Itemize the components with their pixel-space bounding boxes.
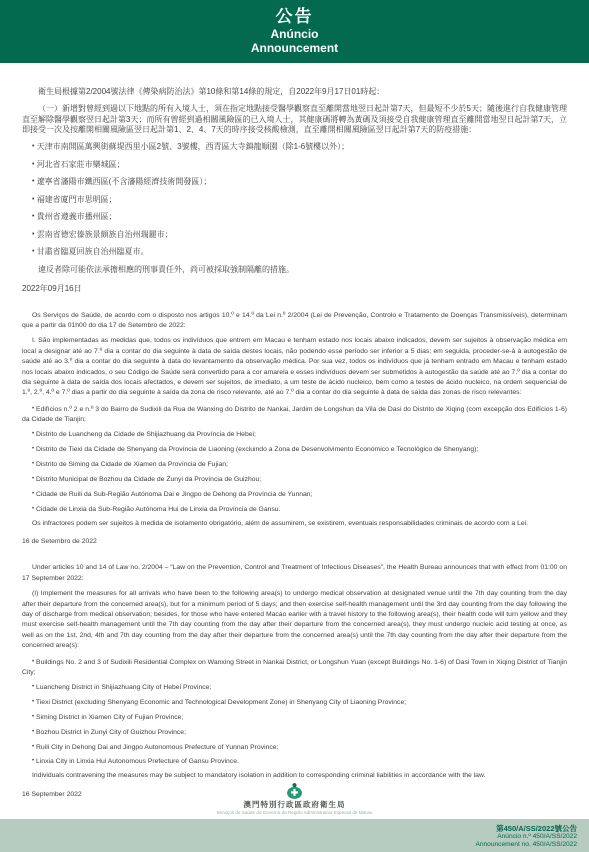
list-item: • Ruili City in Dehong Dai and Jingpo Au… — [22, 742, 567, 753]
zh-risk-area-list: • 天津市南開區萬興街蘇堤西里小區2號、3號樓，西青區大寺鎮龍順園（除1-6號樓… — [22, 142, 567, 258]
footer-reference-bar: 第450/A/SS/2022號公告 Anúncio n.º 450/A/SS/2… — [0, 819, 589, 852]
risk-area-text: 天津市南開區萬興街蘇堤西里小區2號、3號樓，西青區大寺鎮龍順園（除1-6號樓以外… — [37, 142, 349, 151]
list-item: • Luancheng District in Shijiazhuang Cit… — [22, 682, 567, 693]
risk-area-text: Siming District in Xiamen City of Fujian… — [36, 714, 183, 721]
list-item: • Buildings No. 2 and 3 of Sudixili Resi… — [22, 657, 567, 679]
zh-legal-intro: 衛生局根據第2/2004號法律《傳染病防治法》第10條和第14條的規定，自202… — [22, 87, 567, 98]
bullet-icon: • — [32, 506, 34, 512]
list-item: • Distrito de Luancheng da Cidade de Shi… — [22, 429, 567, 440]
pt-date: 16 de Setembro de 2022 — [22, 537, 567, 547]
list-item: • 貴州省遵義市播州區； — [22, 212, 567, 223]
bullet-icon: • — [32, 248, 34, 255]
section-english: Under articles 10 and 14 of Law no. 2/20… — [22, 563, 567, 800]
org-name-pt: Serviços de Saúde do Governo da Região A… — [0, 809, 589, 816]
risk-area-text: 河北省石家莊市欒城區； — [37, 160, 125, 169]
announcement-page: 公告 Anúncio Announcement 衛生局根據第2/2004號法律《… — [0, 0, 589, 852]
bullet-icon: • — [32, 161, 34, 168]
risk-area-text: 遼寧省瀋陽市鐵西區(不含瀋陽經濟技術開發區）； — [37, 177, 212, 186]
bullet-icon: • — [32, 406, 34, 412]
risk-area-text: Edifícios n.º 2 e n.º 3 do Bairro de Sud… — [22, 406, 567, 423]
risk-area-text: 雲南省德宏傣族景頗族自治州瑞麗市； — [37, 230, 173, 239]
bullet-icon: • — [32, 461, 34, 467]
bullet-icon: • — [32, 659, 34, 665]
risk-area-text: Tiexi District (excluding Shenyang Econo… — [36, 699, 406, 706]
page-title-pt: Anúncio — [0, 27, 589, 41]
bullet-icon: • — [32, 446, 34, 452]
pt-risk-area-list: • Edifícios n.º 2 e n.º 3 do Bairro de S… — [22, 404, 567, 515]
risk-area-text: Ruili City in Dehong Dai and Jingpo Auto… — [36, 744, 278, 751]
announcement-number-pt: Anúncio n.º 450/A/SS/2022 — [0, 833, 577, 841]
risk-area-text: Buildings No. 2 and 3 of Sudixili Reside… — [22, 659, 567, 676]
section-portuguese: Os Serviços de Saúde, de acordo com o di… — [22, 311, 567, 548]
footer-logo-block: 澳門特別行政區政府衛生局 Serviços de Saúde do Govern… — [0, 783, 589, 816]
zh-penalty-note: 違反者除可能依法承擔相應的刑事責任外，尚可被採取強制隔離的措施。 — [22, 265, 567, 276]
bullet-icon: • — [32, 196, 34, 203]
page-title-en: Announcement — [0, 41, 589, 55]
list-item: • 天津市南開區萬興街蘇堤西里小區2號、3號樓，西青區大寺鎮龍順園（除1-6號樓… — [22, 142, 567, 153]
section-chinese: 衛生局根據第2/2004號法律《傳染病防治法》第10條和第14條的規定，自202… — [22, 87, 567, 295]
en-penalty-note: Individuals contravening the measures ma… — [22, 771, 567, 781]
list-item: • Distrito de Siming da Cidade de Xiamen… — [22, 459, 567, 470]
list-item: • 河北省石家莊市欒城區； — [22, 160, 567, 171]
risk-area-text: Distrito Municipal de Bozhou da Cidade d… — [36, 476, 261, 483]
list-item: • 雲南省德宏傣族景頗族自治州瑞麗市； — [22, 230, 567, 241]
bullet-icon: • — [32, 231, 34, 238]
risk-area-text: Distrito de Tiexi da Cidade de Shenyang … — [36, 446, 478, 453]
org-name-zh: 澳門特別行政區政府衛生局 — [0, 800, 589, 809]
en-legal-intro: Under articles 10 and 14 of Law no. 2/20… — [22, 563, 567, 584]
pt-legal-intro: Os Serviços de Saúde, de acordo com o di… — [22, 311, 567, 332]
risk-area-text: 貴州省遵義市播州區； — [37, 212, 117, 221]
zh-measures-paragraph: （一）新增對曾經到過以下地點的所有入境人士，須在指定地點接受醫學觀察直至離開當地… — [22, 104, 567, 136]
list-item: • Cidade de Ruili da Sub-Região Autónoma… — [22, 489, 567, 500]
risk-area-text: Distrito de Luancheng da Cidade de Shiji… — [36, 431, 256, 438]
risk-area-text: 甘肅省臨夏回族自治州臨夏市。 — [37, 247, 149, 256]
page-title-zh: 公告 — [0, 6, 589, 27]
risk-area-text: Luancheng District in Shijiazhuang City … — [36, 684, 211, 691]
bullet-icon: • — [32, 213, 34, 220]
list-item: • Siming District in Xiamen City of Fuji… — [22, 712, 567, 723]
pt-penalty-note: Os infractores podem ser sujeitos à medi… — [22, 519, 567, 529]
risk-area-text: 福建省廈門市思明區； — [37, 195, 117, 204]
list-item: • 福建省廈門市思明區； — [22, 195, 567, 206]
risk-area-text: Cidade de Linxia da Sub-Região Autónoma … — [36, 506, 280, 513]
bullet-icon: • — [32, 729, 34, 735]
document-body: 衛生局根據第2/2004號法律《傳染病防治法》第10條和第14條的規定，自202… — [0, 63, 589, 800]
risk-area-text: Cidade de Ruili da Sub-Região Autónoma D… — [36, 491, 312, 498]
bullet-icon: • — [32, 758, 34, 764]
list-item: • Edifícios n.º 2 e n.º 3 do Bairro de S… — [22, 404, 567, 426]
list-item: • 遼寧省瀋陽市鐵西區(不含瀋陽經濟技術開發區）； — [22, 177, 567, 188]
bullet-icon: • — [32, 744, 34, 750]
health-bureau-logo-icon — [286, 783, 303, 799]
list-item: • Bozhou District in Zunyi City of Guizh… — [22, 727, 567, 738]
risk-area-text: Distrito de Siming da Cidade de Xiamen d… — [36, 461, 228, 468]
bullet-icon: • — [32, 491, 34, 497]
list-item: • Distrito de Tiexi da Cidade de Shenyan… — [22, 444, 567, 455]
en-measures-paragraph: (I) Implement the measures for all arriv… — [22, 589, 567, 651]
bullet-icon: • — [32, 476, 34, 482]
list-item: • 甘肅省臨夏回族自治州臨夏市。 — [22, 247, 567, 258]
list-item: • Distrito Municipal de Bozhou da Cidade… — [22, 474, 567, 485]
list-item: • Cidade de Linxia da Sub-Região Autónom… — [22, 504, 567, 515]
bullet-icon: • — [32, 714, 34, 720]
announcement-number-en: Announcement no. 450/A/SS/2022 — [0, 841, 577, 849]
header-banner: 公告 Anúncio Announcement — [0, 0, 589, 63]
risk-area-text: Bozhou District in Zunyi City of Guizhou… — [36, 729, 186, 736]
zh-date: 2022年09月16日 — [22, 284, 567, 295]
bullet-icon: • — [32, 684, 34, 690]
risk-area-text: Linxia City in Linxia Hui Autonomous Pre… — [36, 758, 239, 765]
bullet-icon: • — [32, 699, 34, 705]
pt-measures-paragraph: I. São implementadas as medidas que, tod… — [22, 336, 567, 398]
list-item: • Linxia City in Linxia Hui Autonomous P… — [22, 756, 567, 767]
bullet-icon: • — [32, 143, 34, 150]
en-risk-area-list: • Buildings No. 2 and 3 of Sudixili Resi… — [22, 657, 567, 768]
list-item: • Tiexi District (excluding Shenyang Eco… — [22, 697, 567, 708]
bullet-icon: • — [32, 431, 34, 437]
announcement-number-zh: 第450/A/SS/2022號公告 — [0, 824, 577, 833]
bullet-icon: • — [32, 178, 34, 185]
